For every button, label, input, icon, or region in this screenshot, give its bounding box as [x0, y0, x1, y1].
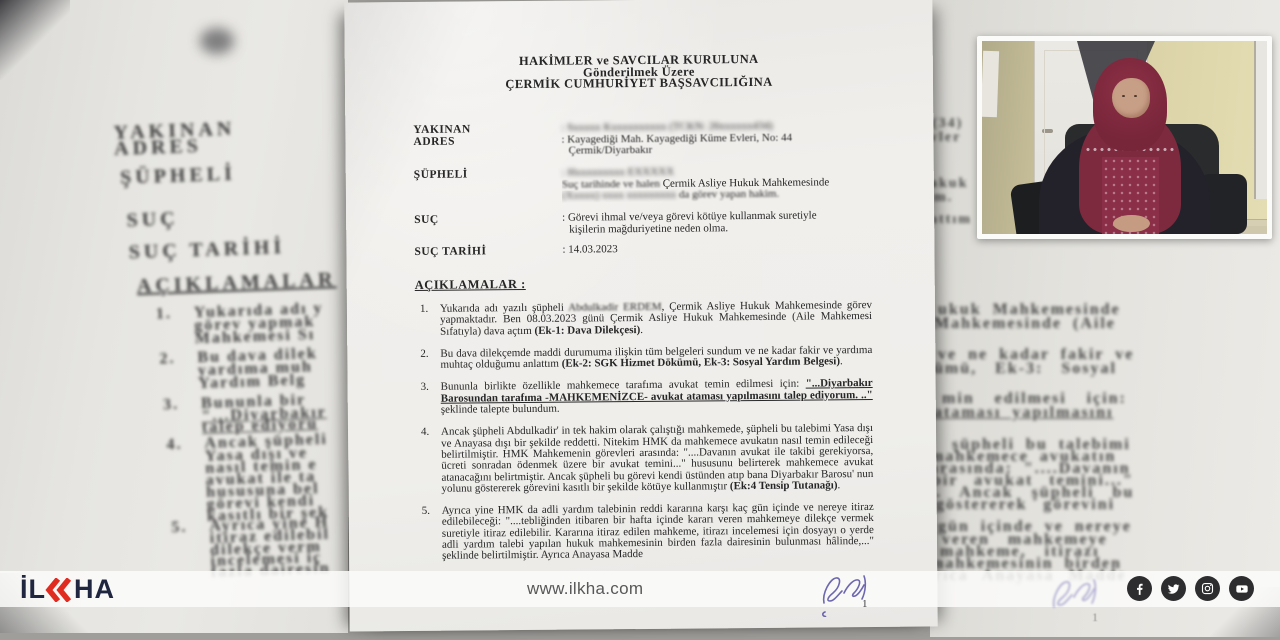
- yakinan-label: YAKINAN: [413, 123, 470, 136]
- item-text: Yukarıda adı yazılı şüpheli Abdulkadir E…: [440, 299, 872, 337]
- bg-left-line: 2.: [159, 350, 176, 369]
- document-title: HAKİMLER ve SAVCILAR KURULUNA Gönderilme…: [345, 52, 933, 92]
- bg-right-line: vler: [930, 130, 961, 146]
- youtube-icon[interactable]: [1229, 576, 1254, 601]
- bg-left-line: 5.: [171, 519, 188, 538]
- woman-face: [1112, 78, 1150, 119]
- news-graphic: YAKINAN ADRES ŞÜPHELİ SUÇ SUÇ TARİHİ AÇI…: [0, 0, 1280, 640]
- ilkha-logo: İL HA: [20, 571, 115, 607]
- woman-hands: [1113, 215, 1150, 232]
- explanation-item-3: 3. Bununla birlikte özellikle mahkemece …: [421, 378, 873, 416]
- eye: [1134, 95, 1137, 97]
- website-url[interactable]: www.ilkha.com: [527, 579, 643, 599]
- handwritten-signature: [820, 571, 872, 617]
- bg-left-line: Yardım Belg: [198, 371, 306, 393]
- explanation-item-2: 2. Bu dava dilekçemde maddi durumuma ili…: [420, 345, 872, 372]
- corner-shadow-top-left: [0, 0, 70, 80]
- explanation-items: 1. Yukarıda adı yazılı şüpheli Abdulkadi…: [420, 300, 874, 574]
- bg-right-line: göstererek görevini: [936, 496, 1115, 514]
- wall-paper-notice: [982, 51, 999, 118]
- aciklamalar-heading: AÇIKLAMALAR :: [415, 277, 526, 293]
- explanation-item-4: 4. Ancak şüpheli Abdulkadir' in tek haki…: [421, 423, 874, 495]
- bg-left-line: SUÇ TARİHİ: [128, 236, 285, 264]
- supheli-value-line3: (Xxxxx) xxxx xxxxxxxxx da görev yapan ha…: [562, 188, 874, 202]
- door-handle: [1042, 129, 1053, 133]
- field-suc-tarihi: SUÇ TARİHİ : 14.03.2023: [414, 242, 874, 260]
- bg-left-line: AÇIKLAMALAR: [137, 268, 337, 298]
- item-number: 5.: [422, 506, 430, 517]
- eye: [1122, 95, 1125, 97]
- suc-value: : Görevi ihmal ve/veya görevi kötüye kul…: [562, 210, 874, 236]
- item-text: Bu dava dilekçemde maddi durumuma ilişki…: [440, 344, 872, 371]
- page-number-faint: 1: [1092, 610, 1098, 625]
- adres-value-line2: Çermik/Diyarbakır: [562, 143, 874, 157]
- item-text: Ayrıca yine HMK da adli yardım talebinin…: [442, 501, 874, 562]
- background-left-text: YAKINAN ADRES ŞÜPHELİ SUÇ SUÇ TARİHİ AÇI…: [0, 0, 348, 633]
- supheli-value: : Hxxxxxxxxx EXXXXX Suç tarihinde ve hal…: [562, 165, 874, 202]
- bg-right-line: Mahkemesinde (Aile: [934, 315, 1116, 333]
- explanation-item-1: 1. Yukarıda adı yazılı şüpheli Abdulkadi…: [420, 300, 872, 338]
- adres-label: ADRES: [413, 136, 455, 148]
- item-text: Ancak şüpheli Abdulkadir' in tek hakim o…: [441, 422, 873, 494]
- suc-label: SUÇ: [414, 214, 439, 226]
- complaint-document-page: HAKİMLER ve SAVCILAR KURULUNA Gönderilme…: [344, 0, 937, 632]
- bg-left-line: ADRES: [114, 135, 203, 161]
- logo-chevron-icon: [45, 578, 75, 602]
- page-number: 1: [862, 598, 868, 610]
- bg-right-line: ataması yapılmasını: [934, 404, 1113, 422]
- bg-left-line: 3.: [163, 396, 180, 415]
- yakinan-adres-value: : Sxxxxx Kxxxxxxxxxx (TCKN: 26xxxxxx434)…: [561, 120, 873, 157]
- item-number: 4.: [421, 427, 429, 438]
- paper-smudge: [200, 28, 234, 54]
- bg-left-line: 4.: [166, 436, 183, 455]
- inset-photo: [982, 41, 1267, 234]
- right-door-frame: [1254, 41, 1267, 199]
- instagram-icon[interactable]: [1195, 576, 1220, 601]
- suc-tarihi-value-text: : 14.03.2023: [562, 242, 874, 256]
- field-supheli: ŞÜPHELİ : Hxxxxxxxxx EXXXXX Suç tarihind…: [414, 165, 874, 207]
- social-icons: [1127, 576, 1254, 601]
- bg-left-line: SUÇ: [126, 208, 179, 233]
- item-text: Bununla birlikte özellikle mahkemece tar…: [441, 377, 873, 415]
- facebook-icon[interactable]: [1127, 576, 1152, 601]
- suc-tarihi-value: : 14.03.2023: [562, 242, 874, 256]
- logo-text-right: HA: [74, 574, 115, 605]
- suc-value-line2: kişilerin mağduriyetine neden olma.: [562, 221, 874, 235]
- background-page-left: YAKINAN ADRES ŞÜPHELİ SUÇ SUÇ TARİHİ AÇI…: [0, 0, 348, 633]
- logo-text-left: İL: [20, 574, 46, 605]
- field-suc: SUÇ : Görevi ihmal ve/veya görevi kötüye…: [414, 210, 874, 240]
- bg-right-line: m.: [934, 190, 953, 206]
- explanation-item-5: 5. Ayrıca yine HMK da adli yardım talebi…: [422, 502, 874, 562]
- bg-right-line: ümü, Ek-3: Sosyal: [934, 360, 1117, 378]
- item-number: 3.: [421, 382, 429, 393]
- item-number: 2.: [420, 349, 428, 360]
- bg-right-line: attım: [930, 212, 972, 228]
- twitter-icon[interactable]: [1161, 576, 1186, 601]
- suc-tarihi-label: SUÇ TARİHİ: [414, 245, 486, 258]
- field-yakinan-adres: YAKINAN ADRES : Sxxxxx Kxxxxxxxxxx (TCKN…: [413, 120, 873, 164]
- item-number: 1.: [420, 304, 428, 315]
- supheli-label: ŞÜPHELİ: [414, 169, 468, 181]
- bg-left-line: ŞÜPHELİ: [120, 163, 237, 190]
- bg-left-line: 1.: [156, 305, 173, 324]
- inset-photo-frame: [977, 36, 1272, 239]
